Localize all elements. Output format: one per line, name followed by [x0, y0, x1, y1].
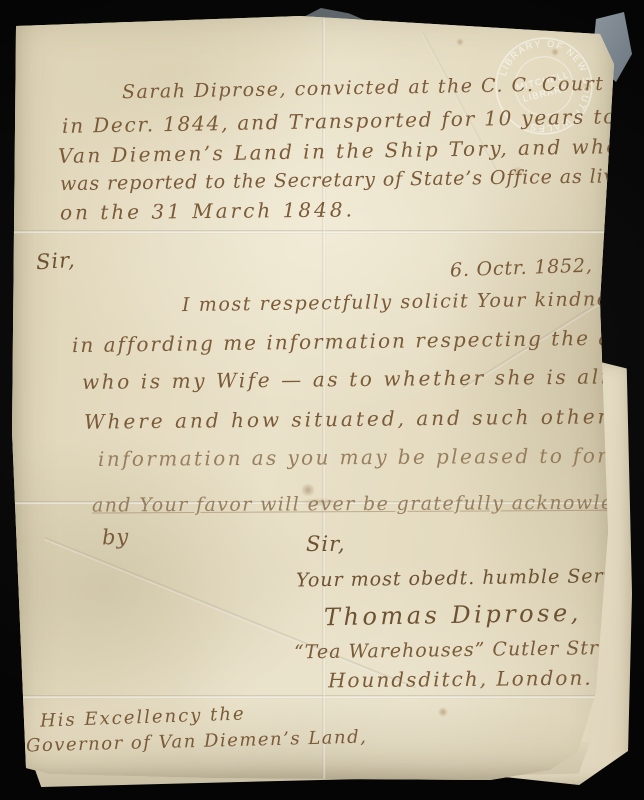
docket-line-5: on the 31 March 1848. — [60, 198, 355, 223]
salutation: Sir, — [35, 249, 76, 275]
closing-salutation: Sir, — [306, 533, 346, 556]
body-line-4: Where and how situated, and such other — [84, 405, 610, 433]
scan-background: LIBRARY OF NEW SOUTH WALES · MITCHELL LI… — [0, 0, 644, 800]
letter-sheet: LIBRARY OF NEW SOUTH WALES · MITCHELL LI… — [10, 12, 618, 790]
address-line-2: Houndsditch, London. — [328, 667, 593, 692]
body-line-6: and Your favor will ever be gratefully a… — [92, 492, 644, 516]
body-line-7: by — [102, 526, 130, 550]
signature: Thomas Diprose, — [324, 600, 582, 631]
body-line-3: who is my Wife — as to whether she is al… — [82, 365, 644, 393]
body-line-5: information as you may be pleased to for… — [98, 444, 644, 470]
